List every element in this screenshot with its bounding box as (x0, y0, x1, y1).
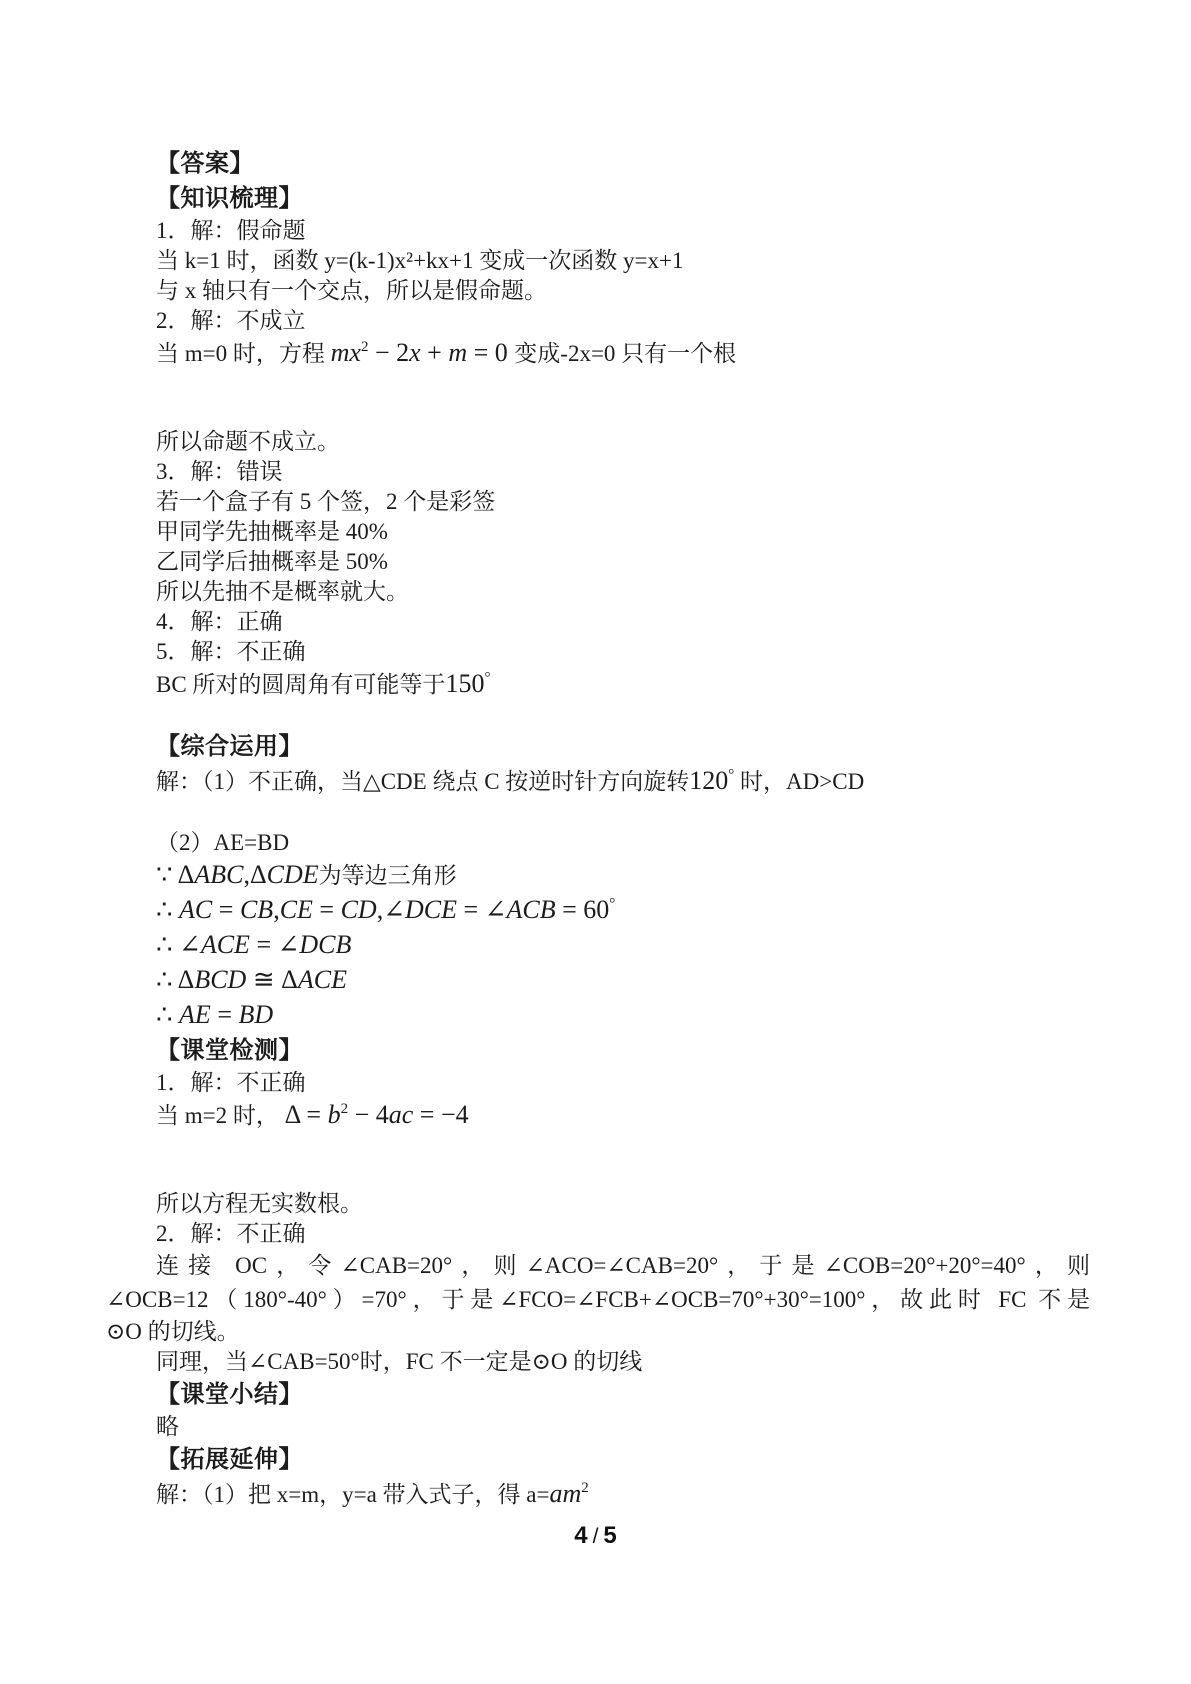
text-run: 略 (156, 1414, 179, 1439)
page-number-separator: / (588, 1525, 604, 1548)
knowledge-item-2-conclusion: 所以命题不成立。 (156, 427, 1090, 457)
knowledge-item-1-explain-2: 与 x 轴只有一个交点，所以是假命题。 (156, 276, 1090, 306)
knowledge-item-2-answer: 2．解：不成立 (156, 306, 1090, 336)
classtest-item-2-explain-1: 连接 OC，令∠CAB=20°，则∠ACO=∠CAB=20°，于是∠COB=20… (156, 1249, 1090, 1283)
text-run: 150 (445, 669, 484, 698)
text-run: AC (179, 895, 212, 924)
text-run: CDE (267, 860, 319, 889)
text-run: = 60 (556, 895, 610, 924)
text-run: 时，AD>CD (734, 769, 864, 794)
text-run: 解：（1）不正确，当△CDE 绕点 C 按逆时针方向旋转 (156, 769, 689, 794)
text-run: x (409, 338, 421, 367)
text-run: 所以方程无实数根。 (156, 1191, 363, 1216)
knowledge-item-1-answer: 1．解：假命题 (156, 216, 1090, 246)
text-run: ⊙O 的切线。 (106, 1319, 240, 1344)
text-run: 所以命题不成立。 (156, 429, 340, 454)
text-run: BD (238, 1000, 273, 1029)
text-run: 甲同学先抽概率是 40% (156, 519, 388, 544)
text-run: 5．解：不正确 (156, 639, 306, 664)
text-run: 1．解：假命题 (156, 218, 306, 243)
classtest-item-2-explain-3: ⊙O 的切线。 (106, 1317, 1090, 1347)
text-run: ACE (201, 930, 250, 959)
proof-line-4: ∴ AE = BD (156, 998, 1090, 1033)
text-run: 【课堂检测】 (156, 1038, 303, 1064)
text-run: AE (179, 1000, 211, 1029)
text-run: = (212, 895, 240, 924)
text-run: 所以先抽不是概率就大。 (156, 579, 409, 604)
comprehensive-part2-answer: （2）AE=BD (156, 828, 1090, 858)
section-header-class-summary: 【课堂小结】 (156, 1379, 1090, 1412)
classtest-item-2-explain-2: ∠OCB=12（180°-40°）=70°，于是∠FCO=∠FCB+∠OCB=7… (106, 1283, 1090, 1317)
knowledge-item-1-explain-1: 当 k=1 时，函数 y=(k-1)x²+kx+1 变成一次函数 y=x+1 (156, 246, 1090, 276)
knowledge-item-5-explain: BC 所对的圆周角有可能等于150° (156, 667, 1090, 702)
text-run: = 0 (467, 338, 514, 367)
text-run: ∴ ∠ (156, 930, 201, 959)
text-run: 若一个盒子有 5 个签，2 个是彩签 (156, 489, 495, 514)
text-run: 2．解：不正确 (156, 1221, 306, 1246)
text-run: 与 x 轴只有一个交点，所以是假命题。 (156, 278, 547, 303)
knowledge-item-4-answer: 4．解：正确 (156, 607, 1090, 637)
knowledge-item-2-explain: 当 m=0 时，方程 mx2 − 2x + m = 0 变成-2x=0 只有一个… (156, 336, 1090, 371)
text-run: 2 (581, 1480, 589, 1496)
text-run: mx (331, 338, 361, 367)
text-run: ,∠ (377, 895, 405, 924)
text-run: b (328, 1100, 341, 1129)
text-run: = (313, 895, 341, 924)
text-run: 3．解：错误 (156, 459, 283, 484)
text-run: ≅ Δ (246, 965, 298, 994)
text-run: 当 k=1 时，函数 y=(k-1)x²+kx+1 变成一次函数 y=x+1 (156, 248, 683, 273)
text-run: am (549, 1479, 581, 1508)
section-header-extension: 【拓展延伸】 (156, 1444, 1090, 1477)
text-run: = −4 (413, 1100, 468, 1129)
section-header-knowledge-review: 【知识梳理】 (156, 183, 1090, 216)
text-run: CE (280, 895, 313, 924)
text-run: 2．解：不成立 (156, 308, 306, 333)
text-run: 【知识梳理】 (156, 186, 303, 212)
text-run: = ∠ (250, 930, 299, 959)
text-run: BCD (194, 965, 246, 994)
text-run: ∵ Δ (156, 860, 194, 889)
section-header-class-test: 【课堂检测】 (156, 1035, 1090, 1068)
text-run: DCE (405, 895, 457, 924)
text-run: 当 m=0 时，方程 (156, 341, 331, 366)
text-run: 乙同学后抽概率是 50% (156, 549, 388, 574)
text-run: 120 (689, 766, 728, 795)
proof-line-2: ∴ ∠ACE = ∠DCB (156, 928, 1090, 963)
text-run: 同理，当∠CAB=50°时，FC 不一定是⊙O 的切线 (156, 1349, 642, 1374)
knowledge-item-3-explain-1: 若一个盒子有 5 个签，2 个是彩签 (156, 487, 1090, 517)
text-run: DCB (299, 930, 351, 959)
text-run: 【课堂小结】 (156, 1382, 303, 1408)
text-run: BC 所对的圆周角有可能等于 (156, 672, 445, 697)
text-run: ∴ (156, 1000, 179, 1029)
text-run: ∠OCB=12（180°-40°）=70°，于是∠FCO=∠FCB+∠OCB=7… (106, 1287, 1090, 1312)
text-run: ∴ Δ (156, 965, 194, 994)
text-run: 【答案】 (156, 151, 254, 177)
class-summary-content: 略 (156, 1412, 1090, 1442)
text-run: 当 m=2 时， (156, 1103, 285, 1128)
section-header-comprehensive: 【综合运用】 (156, 731, 1090, 764)
text-run: 变成-2x=0 只有一个根 (514, 341, 736, 366)
section-header-answer: 【答案】 (156, 148, 1090, 181)
knowledge-item-3-answer: 3．解：错误 (156, 457, 1090, 487)
text-run: 【拓展延伸】 (156, 1447, 303, 1473)
text-run: ac (389, 1100, 414, 1129)
extension-answer-line: 解：（1）把 x=m，y=a 带入式子，得 a=am2 (156, 1477, 1090, 1512)
text-run: ,Δ (243, 860, 266, 889)
text-run: = ∠ (457, 895, 506, 924)
text-run: CB (240, 895, 273, 924)
page-number-total: 5 (603, 1522, 616, 1549)
proof-line-3: ∴ ΔBCD ≅ ΔACE (156, 963, 1090, 998)
knowledge-item-5-answer: 5．解：不正确 (156, 637, 1090, 667)
knowledge-item-3-explain-2: 甲同学先抽概率是 40% (156, 517, 1090, 547)
proof-line-given: ∵ ΔABC,ΔCDE为等边三角形 (156, 858, 1090, 893)
text-run: ABC (194, 860, 243, 889)
text-run: − 2 (368, 338, 409, 367)
text-run: 2 (341, 1101, 349, 1117)
text-run: 4．解：正确 (156, 609, 283, 634)
text-run: ∴ (156, 895, 179, 924)
text-run: ° (484, 670, 490, 686)
page-footer: 4/5 (0, 1522, 1191, 1550)
classtest-item-2-answer: 2．解：不正确 (156, 1219, 1090, 1249)
classtest-item-1-answer: 1．解：不正确 (156, 1068, 1090, 1098)
comprehensive-part1-answer: 解：（1）不正确，当△CDE 绕点 C 按逆时针方向旋转120° 时，AD>CD (156, 764, 1090, 799)
knowledge-item-3-explain-3: 乙同学后抽概率是 50% (156, 547, 1090, 577)
text-run: = (211, 1000, 239, 1029)
text-run: − 4 (348, 1100, 389, 1129)
text-run: 为等边三角形 (319, 863, 457, 888)
text-run: （2）AE=BD (156, 830, 289, 855)
document-page: 【答案】【知识梳理】1．解：假命题当 k=1 时，函数 y=(k-1)x²+kx… (0, 0, 1191, 1684)
text-run: 连接 OC，令∠CAB=20°，则∠ACO=∠CAB=20°，于是∠COB=20… (156, 1253, 1090, 1278)
classtest-item-1-conclusion: 所以方程无实数根。 (156, 1189, 1090, 1219)
text-run: 1．解：不正确 (156, 1070, 306, 1095)
knowledge-item-3-explain-4: 所以先抽不是概率就大。 (156, 577, 1090, 607)
text-run: ° (609, 896, 615, 912)
page-number-current: 4 (574, 1522, 587, 1549)
text-run: 解：（1）把 x=m，y=a 带入式子，得 a= (156, 1482, 549, 1507)
classtest-item-1-formula: 当 m=2 时， Δ = b2 − 4ac = −4 (156, 1098, 1090, 1133)
proof-line-1: ∴ AC = CB,CE = CD,∠DCE = ∠ACB = 60° (156, 893, 1090, 928)
text-run: 【综合运用】 (156, 734, 303, 760)
text-run: ACB (506, 895, 555, 924)
text-run: ACE (298, 965, 347, 994)
text-run: + (421, 338, 449, 367)
text-run: CD (341, 895, 377, 924)
document-body: 【答案】【知识梳理】1．解：假命题当 k=1 时，函数 y=(k-1)x²+kx… (106, 146, 1090, 1512)
classtest-item-2-note: 同理，当∠CAB=50°时，FC 不一定是⊙O 的切线 (156, 1347, 1090, 1377)
text-run: Δ = (285, 1100, 328, 1129)
text-run: m (448, 338, 467, 367)
